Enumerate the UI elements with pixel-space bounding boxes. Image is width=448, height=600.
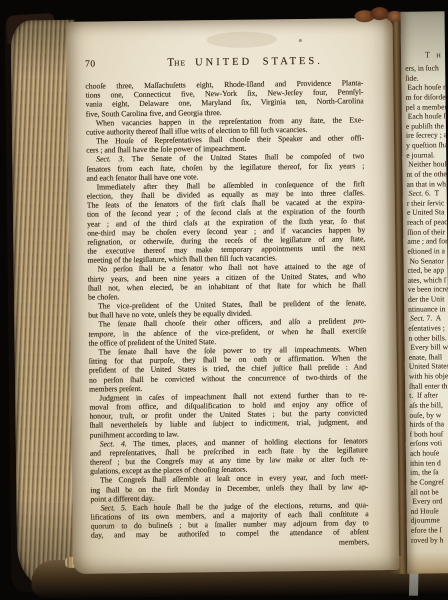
right-text-line-fragment: e United Sta <box>407 208 447 218</box>
right-text-line-fragment: eſentatives ; <box>408 323 448 333</box>
right-text-line-fragment: ouſe, by w <box>409 410 448 420</box>
right-text-line-fragment: ame ; and for <box>407 237 447 247</box>
running-title: THEUNITED STATES. <box>127 50 363 71</box>
paper-stain <box>207 31 277 48</box>
right-text-line-fragment: he Congreſ <box>410 477 448 487</box>
right-text-line-fragment: n other bills. <box>408 333 448 343</box>
right-text-line-fragment: an that in wh <box>407 179 447 189</box>
right-text-line-fragment: cted, be app <box>408 265 448 275</box>
right-text-line-fragment: y queſtion ſha <box>406 140 446 150</box>
headband <box>354 6 404 25</box>
left-page-text-block: 70 THEUNITED STATES. chooſe three, Maſſa… <box>85 50 369 549</box>
right-text-line-fragment: roved by h <box>411 535 448 545</box>
right-text-line-fragment: t. If after <box>409 391 448 401</box>
right-text-line-fragment: ſide. <box>405 73 445 83</box>
page-header: 70 THEUNITED STATES. <box>85 50 363 66</box>
right-text-line-fragment: Each houſe ſh <box>406 111 446 121</box>
right-text-line-fragment: ve been incre <box>408 285 448 295</box>
right-text-line-fragment: hirds of tha <box>409 419 448 429</box>
right-text-line-fragment: Neither houſ <box>406 160 446 170</box>
right-text-line-fragment: ates, which ſ <box>408 275 448 285</box>
open-book: 70 THEUNITED STATES. chooſe three, Maſſa… <box>0 0 448 600</box>
right-text-line-fragment: Each houſe mu <box>405 83 445 93</box>
right-text-line-fragment: nt of the othe <box>406 169 446 179</box>
right-text-line-fragment: e journal. <box>406 150 446 160</box>
right-page: T ʜ ers, in ſuchſide. Each houſe mum for… <box>400 11 448 573</box>
page-number: 70 <box>85 59 127 70</box>
left-page: 70 THEUNITED STATES. chooſe three, Maſſa… <box>67 18 400 574</box>
right-text-line-fragment: efore the ſ <box>411 525 448 535</box>
right-text-line-fragment: ſhall enter th <box>409 381 448 391</box>
running-title-smallcaps: HE <box>174 58 186 67</box>
right-text-line-fragment: ithin ten d <box>410 458 448 468</box>
right-text-line-fragment: enate, ſhall <box>409 352 448 362</box>
right-text-line-fragment: ire ſecrecy ; a <box>406 131 446 141</box>
right-page-running-title: T ʜ <box>425 49 443 59</box>
right-text-line-fragment: reach of peac <box>407 217 447 227</box>
right-text-line-fragment: ſſion of their <box>407 227 447 237</box>
paper-speck <box>299 39 302 42</box>
book-photo-scene: 70 THEUNITED STATES. chooſe three, Maſſa… <box>0 0 448 600</box>
right-text-line-fragment: pel a member. <box>406 102 446 112</box>
headband-lump <box>370 7 388 20</box>
right-text-line-fragment: all not be <box>410 487 448 497</box>
right-text-line-fragment: der the Unit <box>408 294 448 304</box>
right-text-line-fragment: Every ord <box>410 496 448 506</box>
right-text-line-fragment: ntinuance in <box>408 304 448 314</box>
running-title-main: UNITED STATES. <box>195 56 323 69</box>
right-text-line-fragment: Sect. 6. T <box>407 188 447 198</box>
right-text-line-fragment: ers, in ſuch <box>405 63 445 73</box>
right-text-line-fragment: aſs the bill, <box>409 400 448 410</box>
right-text-line-fragment: Every bill w <box>409 342 448 352</box>
right-text-line-fragment: f both houſ <box>410 429 448 439</box>
right-text-line-fragment: No Senator <box>407 256 447 266</box>
right-text-line-fragment: Sect. 7. A <box>408 314 448 324</box>
right-text-line-fragment: with his objec <box>409 371 448 381</box>
right-text-line-fragment: erſons voti <box>410 439 448 449</box>
right-text-line-fragment: nd Houſe <box>411 506 448 516</box>
right-text-line-fragment: djournme <box>411 516 448 526</box>
right-page-lines: ers, in ſuchſide. Each houſe mum for diſ… <box>405 63 448 545</box>
right-text-line-fragment: m for diſorderl <box>405 92 445 102</box>
right-text-line-fragment: im, the ſa <box>410 468 448 478</box>
right-text-line-fragment: eſtioned in a <box>407 246 447 256</box>
right-text-line-fragment: ach houſe <box>410 448 448 458</box>
right-text-line-fragment: United States <box>409 362 448 372</box>
right-text-line-fragment: e publiſh the <box>406 121 446 131</box>
right-text-line-fragment: r their ſervic <box>407 198 447 208</box>
body-text: chooſe three, Maſſachuſetts eight, Rhode… <box>85 78 369 549</box>
